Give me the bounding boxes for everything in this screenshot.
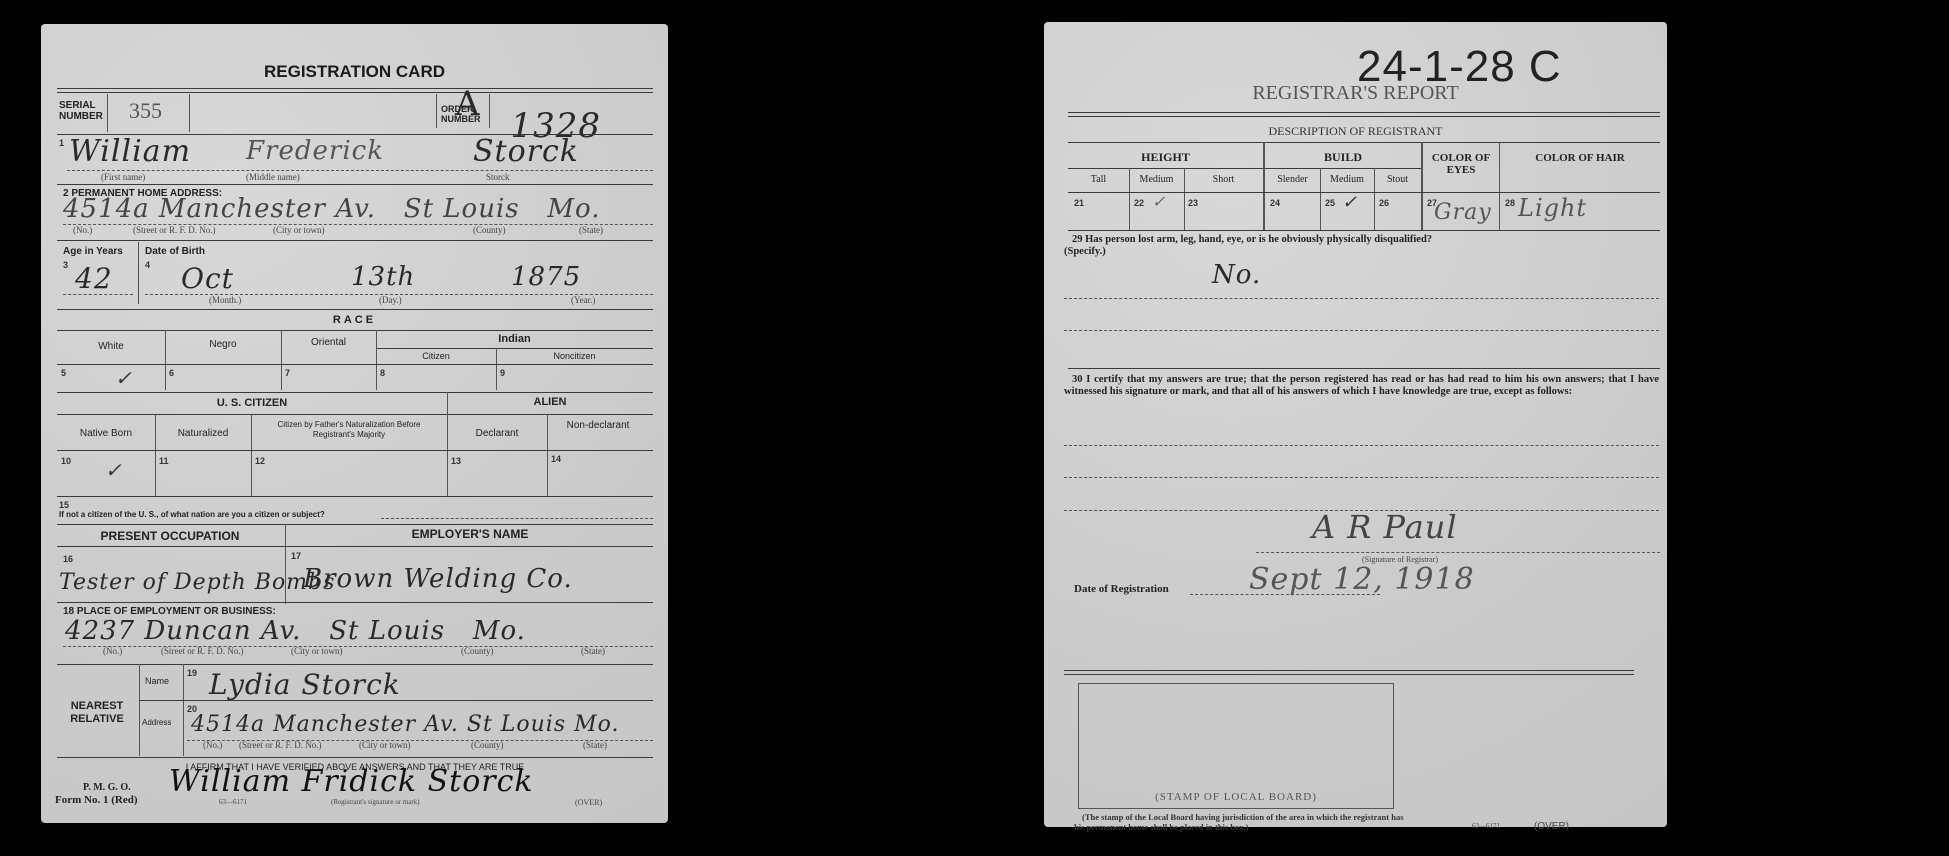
field-number: 14 [551, 454, 561, 464]
serial-number-value: 355 [129, 98, 162, 124]
dob-year-label: (Year.) [571, 295, 595, 305]
form-code: 63—6171 [1472, 822, 1500, 830]
relative-address-sub-label: (No.) [203, 740, 222, 750]
nationality-question-label: If not a citizen of the U. S., of what n… [59, 510, 325, 519]
dob-month-label: (Month.) [209, 295, 241, 305]
race-column-white: White [57, 341, 165, 352]
relative-address-sub-label: (State) [583, 740, 607, 750]
alien-column-non-declarant: Non-declarant [563, 420, 633, 432]
registrant-signature: William Fridick Storck [169, 764, 534, 799]
relative-address-sub-label: (Street or R. F. D. No.) [239, 740, 322, 750]
field-number: 1 [59, 138, 64, 148]
field-number: 9 [500, 368, 505, 378]
height-column-medium: Medium [1129, 174, 1184, 185]
alien-heading: ALIEN [447, 396, 653, 408]
field-number: 25 [1325, 198, 1335, 208]
dob-day-label: (Day.) [379, 295, 402, 305]
field-number: 19 [187, 668, 197, 678]
race-column-indian-citizen: Citizen [376, 351, 496, 361]
height-heading: HEIGHT [1068, 150, 1263, 165]
indian-heading: Indian [376, 333, 653, 345]
field-number: 10 [61, 456, 71, 466]
employment-address-sub-label: (State) [581, 646, 605, 656]
race-column-negro: Negro [165, 339, 281, 350]
date-of-registration-value: Sept 12, 1918 [1249, 562, 1475, 597]
q29-specify-label: (Specify.) [1064, 246, 1106, 257]
serial-number-label: SERIAL NUMBER [59, 100, 105, 122]
hair-color-heading: COLOR OF HAIR [1501, 152, 1659, 164]
native-born-checkmark: ✓ [105, 458, 122, 482]
field-number: 4 [145, 260, 150, 270]
relative-address-value: 4514a Manchester Av. St Louis Mo. [191, 712, 620, 737]
dob-day-value: 13th [351, 262, 415, 292]
relative-name-value: Lydia Storck [209, 668, 401, 701]
citizen-column-fathers-naturalization: Citizen by Father's Naturalization Befor… [259, 420, 439, 440]
employment-address-sub-label: (County) [461, 646, 494, 656]
dob-year-value: 1875 [511, 262, 581, 292]
order-letter: A [455, 84, 481, 124]
stamp-box-label: (STAMP OF LOCAL BOARD) [1078, 791, 1394, 803]
relative-address-label: Address [142, 718, 171, 727]
signature-label: (Registrant's signature or mark) [331, 798, 420, 806]
field-number: 23 [1188, 198, 1198, 208]
registrars-report-title: REGISTRAR'S REPORT [1044, 82, 1667, 105]
field-number: 5 [61, 368, 66, 378]
relative-name-label: Name [145, 676, 169, 686]
form-issuer-label: P. M. G. O. [83, 782, 131, 793]
relative-address-sub-label: (County) [471, 740, 504, 750]
build-heading: BUILD [1265, 150, 1421, 165]
address-sub-label: (No.) [73, 225, 92, 235]
occupation-value: Tester of Depth Bombs [59, 570, 335, 595]
race-heading: RACE [41, 314, 668, 326]
field-number: 7 [285, 368, 290, 378]
dob-month-value: Oct [181, 262, 234, 295]
field-number: 21 [1074, 198, 1084, 208]
dob-label: Date of Birth [145, 246, 205, 257]
nearest-relative-heading: NEAREST RELATIVE [59, 700, 135, 726]
height-column-tall: Tall [1068, 174, 1129, 185]
race-column-oriental: Oriental [281, 337, 376, 348]
eye-color-heading: COLOR OF EYES [1423, 152, 1499, 176]
build-column-slender: Slender [1265, 174, 1320, 185]
race-white-checkmark: ✓ [115, 366, 132, 390]
relative-address-sub-label: (City or town) [359, 740, 411, 750]
registration-card-back: 24-1-28 C REGISTRAR'S REPORT DESCRIPTION… [1044, 22, 1667, 827]
field-number: 11 [159, 456, 169, 466]
field-number: 17 [291, 551, 301, 561]
employer-heading: EMPLOYER'S NAME [287, 527, 653, 541]
citizen-column-naturalized: Naturalized [155, 428, 251, 439]
q29-answer: No. [1212, 260, 1261, 290]
over-label: (OVER) [575, 798, 602, 807]
build-column-medium: Medium [1320, 174, 1374, 185]
stamp-instructions: (The stamp of the Local Board having jur… [1074, 812, 1404, 832]
middle-name-label: (Middle name) [246, 172, 300, 182]
age-value: 42 [75, 262, 113, 295]
citizen-column-native-born: Native Born [57, 428, 155, 439]
alien-column-declarant: Declarant [447, 428, 547, 439]
occupation-heading: PRESENT OCCUPATION [57, 529, 283, 543]
address-sub-label: (City or town) [273, 225, 325, 235]
registration-card-front: REGISTRATION CARD SERIAL NUMBER 355 ORDE… [41, 24, 668, 823]
field-number: 24 [1270, 198, 1280, 208]
employment-address-sub-label: (City or town) [291, 646, 343, 656]
field-number: 12 [255, 456, 265, 466]
description-heading: DESCRIPTION OF REGISTRANT [1044, 124, 1667, 139]
q29-question: 29 Has person lost arm, leg, hand, eye, … [1072, 234, 1432, 245]
race-column-indian-noncitizen: Noncitizen [496, 351, 653, 361]
employment-address-sub-label: (No.) [103, 646, 122, 656]
field-number: 3 [63, 260, 68, 270]
field-number: 15 [59, 500, 69, 510]
build-medium-checkmark: ✓ [1342, 192, 1357, 213]
field-number: 28 [1505, 198, 1515, 208]
us-citizen-heading: U. S. CITIZEN [57, 397, 447, 409]
card-title: REGISTRATION CARD [41, 62, 668, 82]
registrar-signature: A R Paul [1312, 508, 1458, 546]
first-name-value: William [69, 134, 191, 169]
employer-value: Brown Welding Co. [303, 564, 573, 594]
field-number: 26 [1379, 198, 1389, 208]
employment-address-sub-label: (Street or R. F. D. No.) [161, 646, 244, 656]
last-name-value: Storck [473, 134, 579, 169]
height-column-short: Short [1184, 174, 1263, 185]
last-name-label: Storck [486, 172, 510, 182]
field-number: 22 [1134, 198, 1144, 208]
eye-color-value: Gray [1434, 200, 1492, 225]
home-address-value: 4514a Manchester Av. St Louis Mo. [63, 194, 600, 224]
q30-certification-text: 30 I certify that my answers are true; t… [1064, 374, 1659, 398]
address-sub-label: (Street or R. F. D. No.) [133, 225, 216, 235]
address-sub-label: (State) [579, 225, 603, 235]
field-number: 16 [63, 554, 73, 564]
hair-color-value: Light [1518, 194, 1587, 222]
field-number: 6 [169, 368, 174, 378]
date-of-registration-label: Date of Registration [1074, 583, 1169, 595]
place-of-employment-value: 4237 Duncan Av. St Louis Mo. [65, 616, 526, 646]
address-sub-label: (County) [473, 225, 506, 235]
form-code: 63—6171 [219, 798, 247, 806]
build-column-stout: Stout [1374, 174, 1421, 185]
form-number-label: Form No. 1 (Red) [55, 794, 137, 806]
first-name-label: (First name) [101, 172, 145, 182]
field-number: 8 [380, 368, 385, 378]
middle-name-value: Frederick [246, 136, 384, 166]
age-label: Age in Years [63, 246, 123, 257]
field-number: 13 [451, 456, 461, 466]
height-medium-checkmark: ✓ [1152, 192, 1165, 211]
over-label: (OVER) [1534, 821, 1569, 832]
